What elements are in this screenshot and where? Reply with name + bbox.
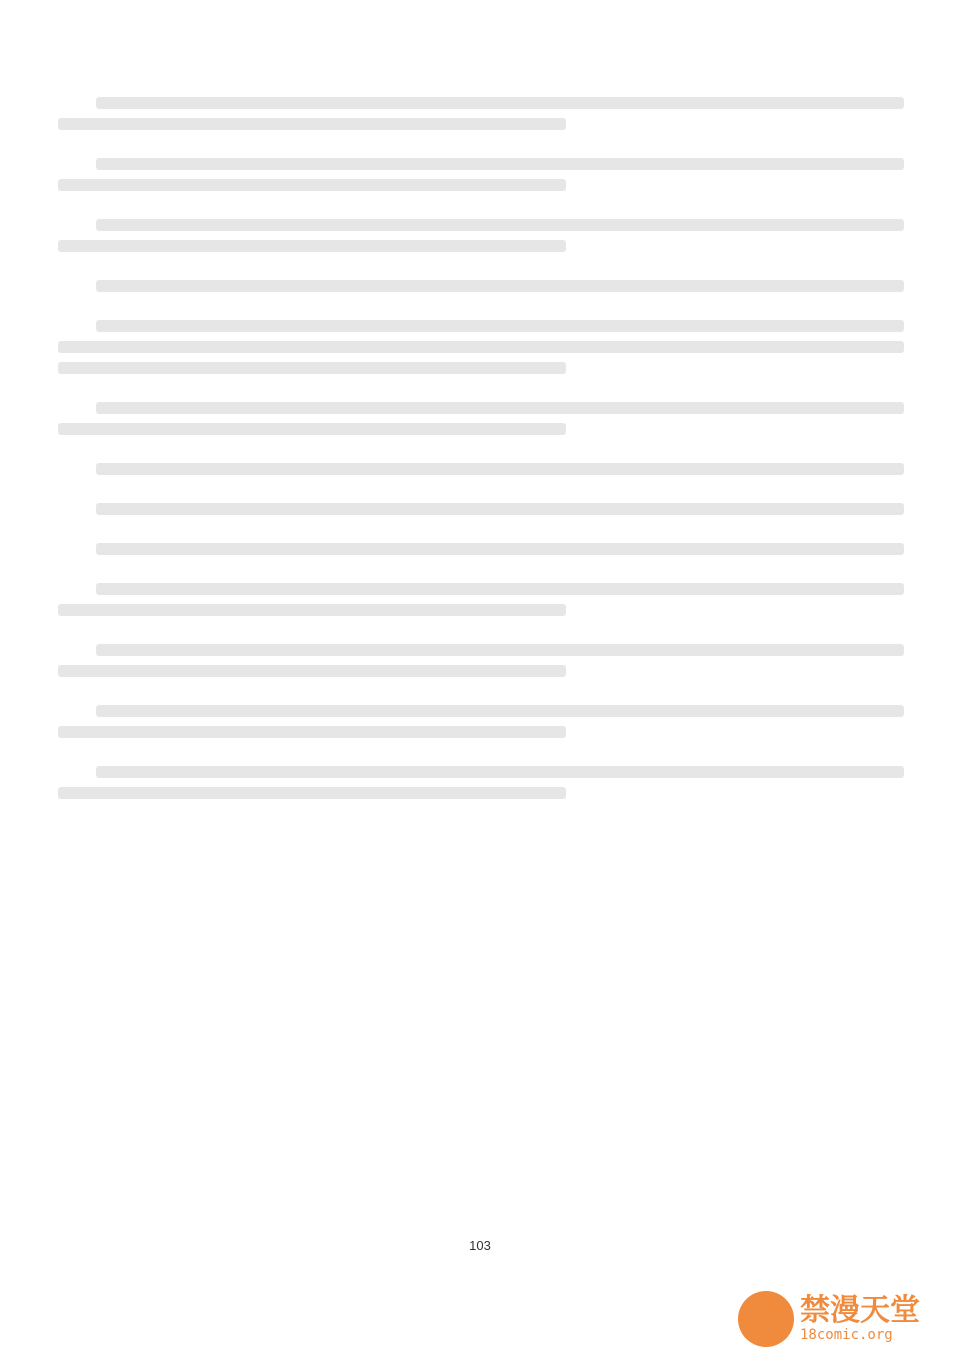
document-body bbox=[58, 88, 904, 827]
watermark: 禁漫天堂 18comic.org bbox=[738, 1291, 920, 1347]
paragraph bbox=[58, 705, 904, 738]
text-line-placeholder bbox=[58, 787, 566, 799]
text-line-placeholder bbox=[96, 463, 904, 475]
watermark-subtitle: 18comic.org bbox=[800, 1327, 893, 1343]
paragraph bbox=[58, 158, 904, 191]
text-line-placeholder bbox=[96, 766, 904, 778]
text-line-placeholder bbox=[96, 583, 904, 595]
text-line-placeholder bbox=[58, 118, 566, 130]
text-line-placeholder bbox=[58, 604, 566, 616]
paragraph bbox=[58, 97, 904, 130]
paragraph bbox=[58, 583, 904, 616]
paragraph bbox=[58, 543, 904, 555]
text-line-placeholder bbox=[96, 705, 904, 717]
text-line-placeholder bbox=[96, 543, 904, 555]
text-line-placeholder bbox=[58, 423, 566, 435]
text-line-placeholder bbox=[58, 665, 566, 677]
text-line-placeholder bbox=[58, 179, 566, 191]
paragraph bbox=[58, 503, 904, 515]
paragraph bbox=[58, 280, 904, 292]
paragraph bbox=[58, 644, 904, 677]
watermark-title: 禁漫天堂 bbox=[800, 1295, 920, 1327]
paragraph bbox=[58, 463, 904, 475]
text-line-placeholder bbox=[96, 320, 904, 332]
text-line-placeholder bbox=[58, 341, 904, 353]
text-line-placeholder bbox=[96, 402, 904, 414]
text-line-placeholder bbox=[58, 240, 566, 252]
watermark-logo-icon bbox=[738, 1291, 794, 1347]
text-line-placeholder bbox=[96, 158, 904, 170]
page-number: 103 bbox=[0, 1238, 960, 1253]
paragraph bbox=[58, 766, 904, 799]
text-line-placeholder bbox=[58, 726, 566, 738]
text-line-placeholder bbox=[96, 644, 904, 656]
text-line-placeholder bbox=[58, 362, 566, 374]
text-line-placeholder bbox=[96, 280, 904, 292]
paragraph bbox=[58, 320, 904, 374]
text-line-placeholder bbox=[96, 97, 904, 109]
text-line-placeholder bbox=[96, 503, 904, 515]
paragraph bbox=[58, 402, 904, 435]
paragraph bbox=[58, 219, 904, 252]
text-line-placeholder bbox=[96, 219, 904, 231]
